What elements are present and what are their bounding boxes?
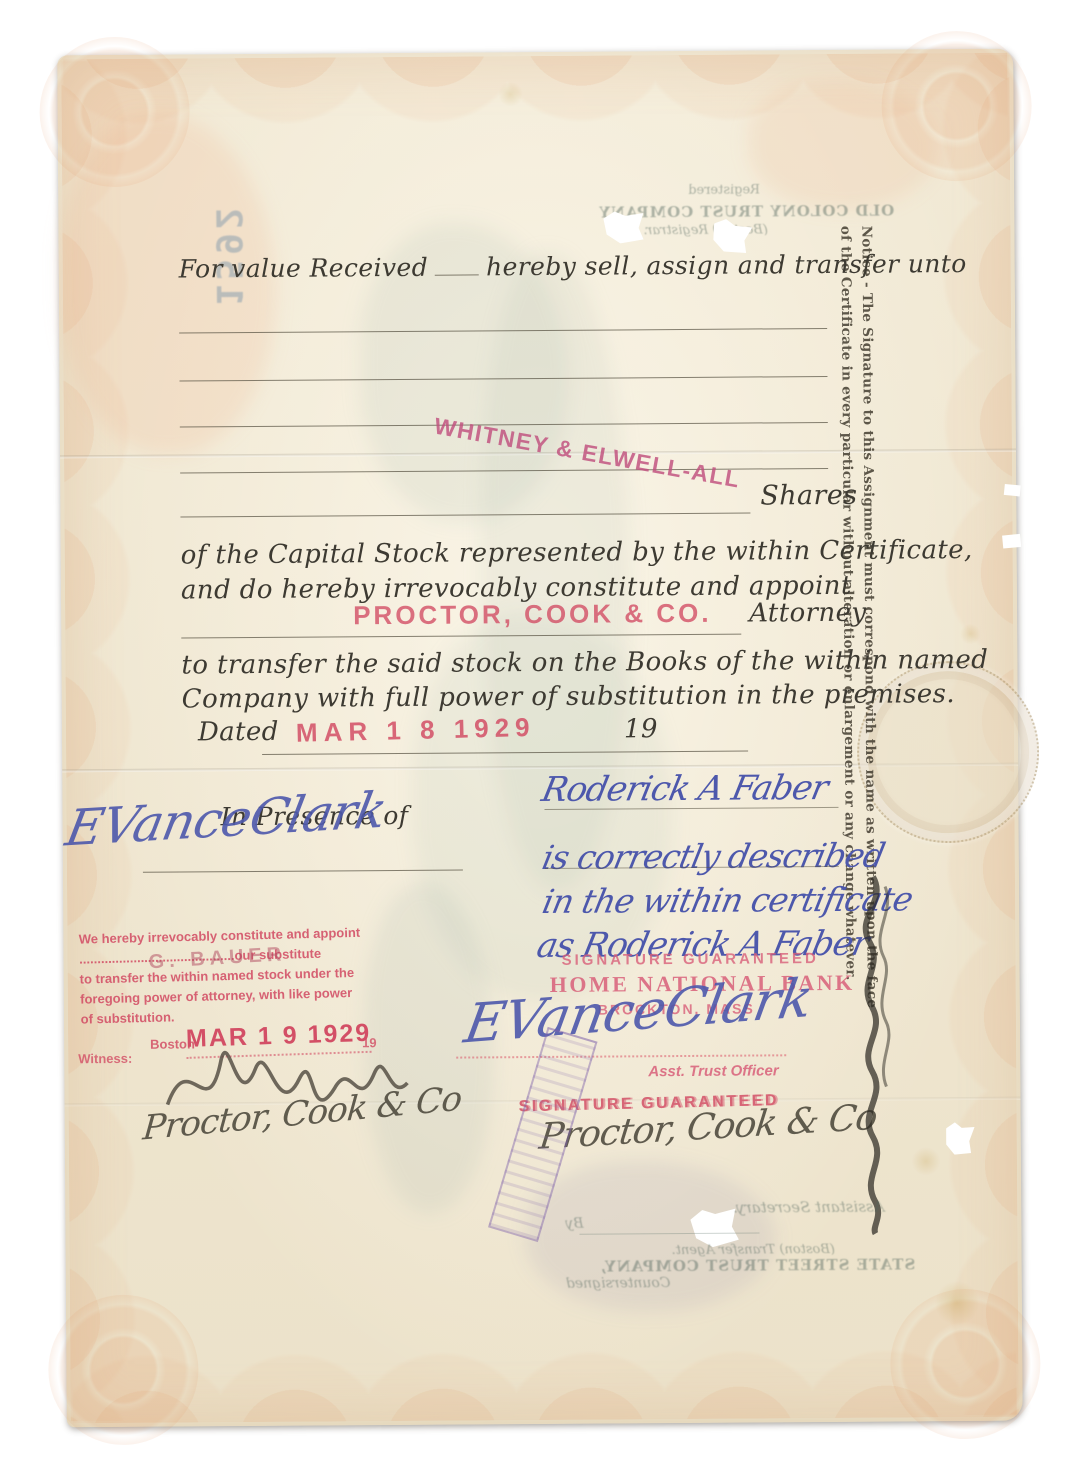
- substitute-stamp-block: We hereby irrevocably constitute and app…: [78, 923, 362, 1030]
- holder-note-line1: is correctly described: [539, 836, 888, 877]
- ghost-registered-label: Registered: [688, 182, 760, 198]
- corner-rosette: [48, 1294, 199, 1445]
- fill-in-gap-line: [435, 256, 479, 275]
- cancellation-punch-hole: [943, 1121, 975, 1156]
- ghost-assistant-secretary: Assistant Secretary.: [733, 1198, 884, 1217]
- ghost-transfer-company: STATE STREET TRUST COMPANY,: [600, 1255, 916, 1275]
- border-pattern-bottom: [72, 1267, 1017, 1424]
- assignment-opening-line: For value Receivedhereby sell, assign an…: [179, 249, 967, 284]
- attorney-label: Attorney: [749, 598, 867, 629]
- paper-edge-nick: [1002, 534, 1021, 549]
- paper-stain: [911, 1147, 941, 1175]
- ink-scribble-vertical: [843, 871, 906, 1236]
- paper-stain: [959, 624, 981, 644]
- attorney-rule-line: [181, 634, 741, 639]
- ghost-countersigned: Countersigned: [566, 1275, 671, 1292]
- assignment-date-stamp: MAR 1 8 1929: [296, 712, 536, 749]
- witness-label: Witness:: [78, 1051, 132, 1066]
- shares-label: Shares: [760, 480, 857, 512]
- dated-year-prefix: 19: [624, 714, 658, 744]
- officer-signature-line: [456, 1054, 786, 1058]
- dated-label: Dated: [198, 717, 279, 748]
- opening-left: For value Received: [179, 253, 429, 284]
- officer-title-stamp: Asst. Trust Officer: [648, 1062, 778, 1080]
- scanned-certificate-page: Registered OLD COLONY TRUST COMPANY (Bos…: [0, 0, 1080, 1480]
- certificate-paper: Registered OLD COLONY TRUST COMPANY (Bos…: [57, 49, 1023, 1428]
- ghost-registrar-company: OLD COLONY TRUST COMPANY: [598, 202, 894, 222]
- capital-stock-line1: of the Capital Stock represented by the …: [181, 535, 973, 571]
- transfer-line1: to transfer the said stock on the Books …: [181, 645, 988, 681]
- paper-stain: [497, 82, 523, 106]
- cancellation-punch-hole: [603, 211, 643, 243]
- signature-guaranteed-label: SIGNATURE GUARANTEED: [561, 950, 818, 969]
- witness-signature-handwriting: EVanceClark: [61, 781, 390, 858]
- paper-edge-nick: [1004, 484, 1021, 497]
- attorney-name-stamp: PROCTOR, COOK & CO.: [353, 598, 712, 632]
- transfer-line2: Company with full power of substitution …: [182, 679, 956, 714]
- witness-signature-line: [143, 870, 463, 873]
- holder-name-handwriting: Roderick A Faber: [538, 768, 831, 810]
- opening-right: hereby sell, assign and transfer unto: [486, 249, 967, 281]
- ghost-by-label: By: [565, 1216, 583, 1232]
- paper-stain: [934, 1281, 980, 1325]
